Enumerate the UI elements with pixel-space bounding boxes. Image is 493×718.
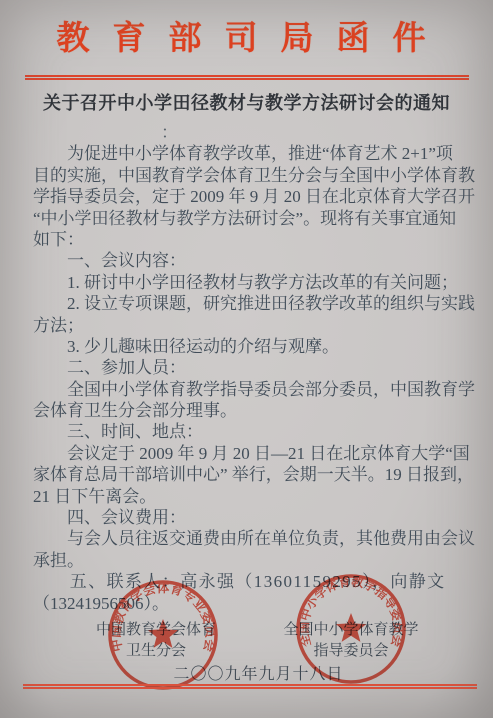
- seal-left-graphic: 中国教育学会体育专业委员会: [105, 577, 221, 693]
- official-seal-right: 全国中小学体育教学指导委员会: [293, 571, 409, 692]
- body-text: ： 为促进中小学体育教学改革，推进“体育艺术 2+1”项 目的实施，中国教育学会…: [33, 122, 467, 614]
- footer-divider-rule: [23, 684, 477, 689]
- document-header: 教育部司局函件: [0, 0, 493, 62]
- seal-right-arc-text: 全国中小学体育教学指导委员会: [296, 574, 406, 649]
- page-title: 关于召开中小学田径教材与教学方法研讨会的通知: [0, 91, 493, 115]
- body-line: “中小学田径教材与教学方法研讨会”。现将有关事宜通知: [33, 208, 467, 229]
- body-line: 3. 少儿趣味田径运动的介绍与观摩。: [33, 336, 467, 357]
- svg-text:中国教育学会体育专业委员会: 中国教育学会体育专业委员会: [108, 580, 218, 654]
- body-line: 目的实施，中国教育学会体育卫生分会与全国中小学体育教: [33, 165, 467, 186]
- body-line-section-3: 三、时间、地点：: [33, 421, 467, 442]
- seal-right-graphic: 全国中小学体育教学指导委员会: [293, 571, 409, 687]
- star-icon: [148, 619, 178, 648]
- body-line: 承担。: [33, 550, 467, 571]
- body-line: 为促进中小学体育教学改革，推进“体育艺术 2+1”项: [33, 143, 467, 164]
- body-line: 会体育卫生分会部分理事。: [33, 400, 467, 421]
- header-divider-rule: [25, 75, 469, 80]
- body-line: 全国中小学体育教学指导委员会部分委员，中国教育学: [33, 379, 467, 400]
- body-line-section-2: 二、参加人员：: [33, 357, 467, 378]
- body-line: 与会人员往返交通费由所在单位负责，其他费用由会议: [33, 528, 467, 549]
- body-line: 会议定于 2009 年 9 月 20 日—21 日在北京体育大学“国: [33, 443, 467, 464]
- svg-text:全国中小学体育教学指导委员会: 全国中小学体育教学指导委员会: [296, 574, 406, 649]
- body-line-section-4: 四、会议费用：: [33, 507, 467, 528]
- salutation-colon: ：: [33, 122, 467, 143]
- body-line: 家体育总局干部培训中心” 举行，会期一天半。19 日报到，: [33, 464, 467, 485]
- body-line: 21 日下午离会。: [33, 486, 467, 507]
- body-line: 方法；: [33, 315, 467, 336]
- body-line: 如下：: [33, 229, 467, 250]
- body-line-section-1: 一、会议内容：: [33, 250, 467, 271]
- body-line: 1. 研讨中小学田径教材与教学方法改革的有关问题；: [33, 272, 467, 293]
- scanned-notice-page: 教育部司局函件 关于召开中小学田径教材与教学方法研讨会的通知 ： 为促进中小学体…: [0, 0, 493, 718]
- body-line: 2. 设立专项课题，研究推进田径教学改革的组织与实践: [33, 293, 467, 314]
- seal-left-arc-text: 中国教育学会体育专业委员会: [108, 580, 218, 654]
- official-seal-left: 中国教育学会体育专业委员会: [105, 577, 221, 698]
- body-line: 学指导委员会，定于 2009 年 9 月 20 日在北京体育大学召开: [33, 186, 467, 207]
- star-icon: [336, 613, 366, 642]
